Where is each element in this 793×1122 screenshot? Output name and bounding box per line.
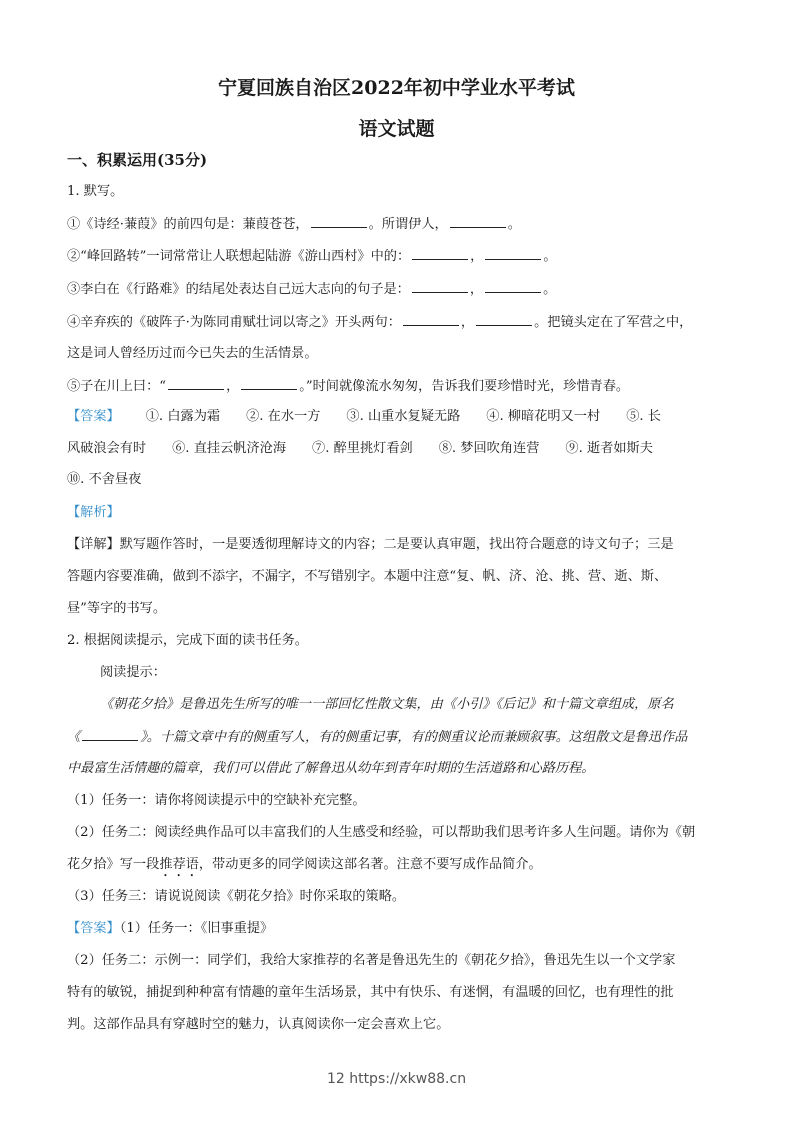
answer-blank: [412, 247, 468, 260]
answer-blank: [241, 377, 297, 390]
q1-answer-line-1: 【答案】①. 白露为霜②. 在水一方③. 山重水复疑无路④. 柳暗花明又一村⑤.…: [67, 408, 661, 426]
answer-blank: [403, 313, 459, 326]
q1-answer-line-2: 风破浪会有时⑥. 直挂云帆济沧海⑦. 醉里挑灯看剑⑧. 梦回吹角连营⑨. 逝者如…: [67, 440, 653, 458]
task-3: （3）任务三：请说说阅读《朝花夕拾》时你采取的策略。: [67, 888, 405, 906]
page-footer: 12 https://xkw88.cn: [0, 1071, 793, 1087]
reading-hint-label: 阅读提示：: [100, 664, 166, 682]
section-heading: 一、积累运用(35分): [67, 149, 207, 170]
hint-line-3: 中最富生活情趣的篇章，我们可以借此了解鲁迅从幼年到青年时期的生活道路和心路历程。: [67, 760, 595, 778]
emphasized-text: 推荐语: [159, 857, 199, 872]
exam-subtitle: 语文试题: [0, 114, 793, 141]
task-2: （2）任务二：阅读经典作品可以丰富我们的人生感受和经验，可以帮助我们思考许多人生…: [67, 824, 695, 842]
q2-answer-line-1: 【答案】（1）任务一：《旧事重提》: [67, 920, 273, 938]
answer-blank: [168, 377, 224, 390]
exam-title: 宁夏回族自治区2022年初中学业水平考试: [0, 73, 793, 100]
answer-blank: [476, 313, 532, 326]
q1-item-3: ③李白在《行路难》的结尾处表达自己远大志向的句子是：，。: [67, 280, 556, 299]
q1-item-4: ④辛弃疾的《破阵子·为陈同甫赋壮词以寄之》开头两句：，。把镜头定在了军营之中，: [67, 313, 692, 332]
detail-line-2: 答题内容要准确，做到不添字，不漏字，不写错别字。本题中注意“复、帆、济、沧、挑、…: [67, 568, 667, 586]
hint-line-2: 《》。十篇文章中有的侧重写人，有的侧重记事，有的侧重议论而兼顾叙事。这组散文是鲁…: [67, 728, 687, 747]
answer-blank: [311, 215, 367, 228]
task-1: （1）任务一：请你将阅读提示中的空缺补充完整。: [67, 792, 366, 810]
answer-blank: [82, 728, 138, 741]
q1-answer-line-3: ⑩. 不舍昼夜: [67, 471, 141, 489]
answer-tag: 【答案】: [67, 409, 120, 424]
answer-tag: 【答案】: [67, 921, 120, 936]
hint-line-1: 《朝花夕拾》是鲁迅先生所写的唯一一部回忆性散文集，由《小引》《后记》和十篇文章组…: [100, 696, 674, 714]
q1-item-2: ②“峰回路转”一词常常让人联想起陆游《游山西村》中的：，。: [67, 247, 557, 266]
q1-stem: 1. 默写。: [67, 183, 123, 201]
task-2-cont: 花夕拾》写一段推荐语，带动更多的同学阅读这部名著。注意不要写成作品简介。: [67, 856, 542, 880]
q2-answer-line-4: 判。这部作品具有穿越时空的魅力，认真阅读你一定会喜欢上它。: [67, 1016, 449, 1034]
detail-line-3: 昼”等字的书写。: [67, 600, 166, 618]
q1-item-1: ①《诗经·蒹葭》的前四句是：蒹葭苍苍，。所谓伊人，。: [67, 215, 521, 234]
answer-blank: [450, 215, 506, 228]
document-page: 宁夏回族自治区2022年初中学业水平考试 语文试题 一、积累运用(35分) 1.…: [0, 0, 793, 1122]
q1-item-4-cont: 这是词人曾经历过而今已失去的生活情景。: [67, 345, 318, 363]
q2-answer-line-2: （2）任务二：示例一：同学们，我给大家推荐的名著是鲁迅先生的《朝花夕拾》，鲁迅先…: [67, 952, 675, 970]
q1-item-5: ⑤子在川上曰：“，。”时间就像流水匆匆，告诉我们要珍惜时光，珍惜青春。: [67, 377, 629, 396]
q2-answer-line-3: 特有的敏锐，捕捉到种种富有情趣的童年生活场景，其中有快乐、有迷惘，有温暖的回忆，…: [67, 984, 674, 1002]
answer-blank: [485, 247, 541, 260]
answer-blank: [485, 280, 541, 293]
detail-line-1: 【详解】默写题作答时，一是要透彻理解诗文的内容；二是要认真审题，找出符合题意的诗…: [67, 536, 674, 554]
q2-stem: 2. 根据阅读提示，完成下面的读书任务。: [67, 632, 308, 650]
analysis-tag: 【解析】: [67, 504, 120, 522]
answer-blank: [412, 280, 468, 293]
